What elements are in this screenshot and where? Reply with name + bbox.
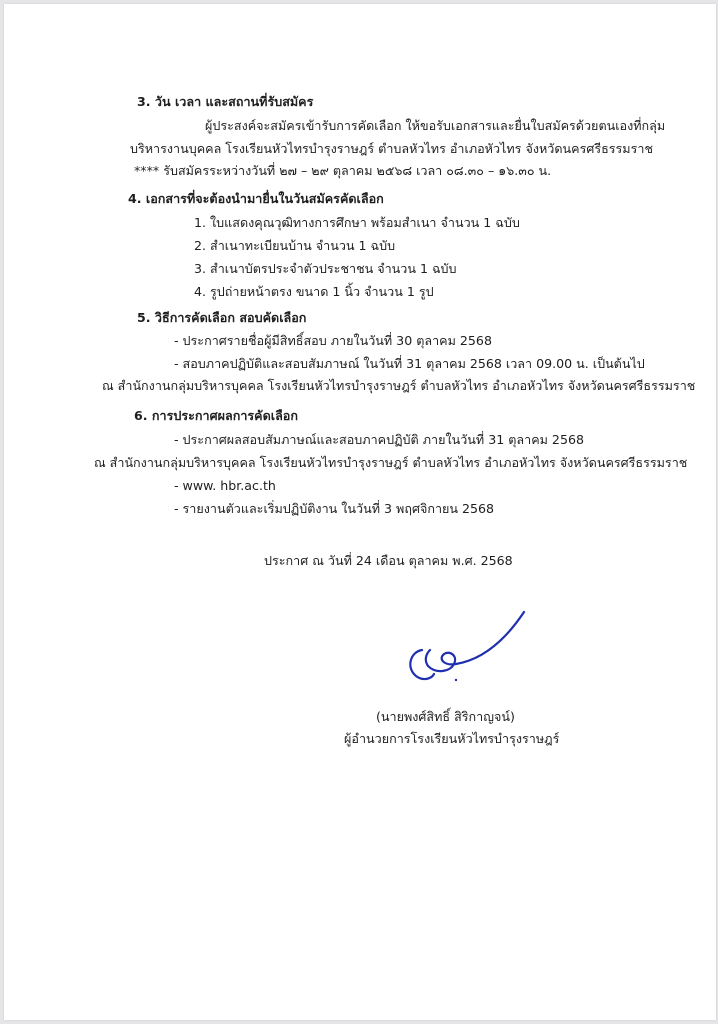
section-6-line-4: - รายงานตัวและเริ่มปฏิบัติงาน ในวันที่ 3… — [174, 500, 494, 518]
section-6-heading: 6. การประกาศผลการคัดเลือก — [134, 407, 298, 425]
section-4-heading: 4. เอกสารที่จะต้องนำมายื่นในวันสมัครคัดเ… — [128, 190, 384, 208]
section-4-item-1: 1. ใบแสดงคุณวุฒิทางการศึกษา พร้อมสำเนา จ… — [194, 214, 520, 232]
announcement-date: ประกาศ ณ วันที่ 24 เดือน ตุลาคม พ.ศ. 256… — [264, 552, 513, 570]
section-3-line-2: บริหารงานบุคคล โรงเรียนหัวไทรบำรุงราษฎร์… — [130, 140, 653, 158]
section-4-item-2: 2. สำเนาทะเบียนบ้าน จำนวน 1 ฉบับ — [194, 237, 395, 255]
document-page: 3. วัน เวลา และสถานที่รับสมัคร ผู้ประสงค… — [4, 4, 716, 1020]
section-6-line-2: ณ สำนักงานกลุ่มบริหารบุคคล โรงเรียนหัวไท… — [94, 454, 687, 472]
section-4-item-4: 4. รูปถ่ายหน้าตรง ขนาด 1 นิ้ว จำนวน 1 รู… — [194, 283, 434, 301]
section-6-line-1: - ประกาศผลสอบสัมภาษณ์และสอบภาคปฏิบัติ ภา… — [174, 431, 584, 449]
section-4-item-3: 3. สำเนาบัตรประจำตัวประชาชน จำนวน 1 ฉบับ — [194, 260, 457, 278]
section-6-website-link[interactable]: - www. hbr.ac.th — [174, 477, 276, 495]
section-5-line-3: ณ สำนักงานกลุ่มบริหารบุคคล โรงเรียนหัวไท… — [102, 377, 695, 395]
signatory-name: (นายพงศ์สิทธิ์ สิริกาญจน์) — [376, 708, 515, 726]
section-3-line-3: **** รับสมัครระหว่างวันที่ ๒๗ – ๒๙ ตุลาค… — [134, 162, 551, 180]
signature-icon — [396, 604, 546, 694]
section-3-line-1: ผู้ประสงค์จะสมัครเข้ารับการคัดเลือก ให้ข… — [205, 117, 665, 135]
section-5-line-2: - สอบภาคปฏิบัติและสอบสัมภาษณ์ ในวันที่ 3… — [174, 355, 645, 373]
section-3-heading: 3. วัน เวลา และสถานที่รับสมัคร — [137, 93, 313, 111]
section-5-line-1: - ประกาศรายชื่อผู้มีสิทธิ์สอบ ภายในวันที… — [174, 332, 492, 350]
signatory-position: ผู้อำนวยการโรงเรียนหัวไทรบำรุงราษฎร์ — [344, 730, 559, 748]
section-5-heading: 5. วิธีการคัดเลือก สอบคัดเลือก — [137, 309, 306, 327]
